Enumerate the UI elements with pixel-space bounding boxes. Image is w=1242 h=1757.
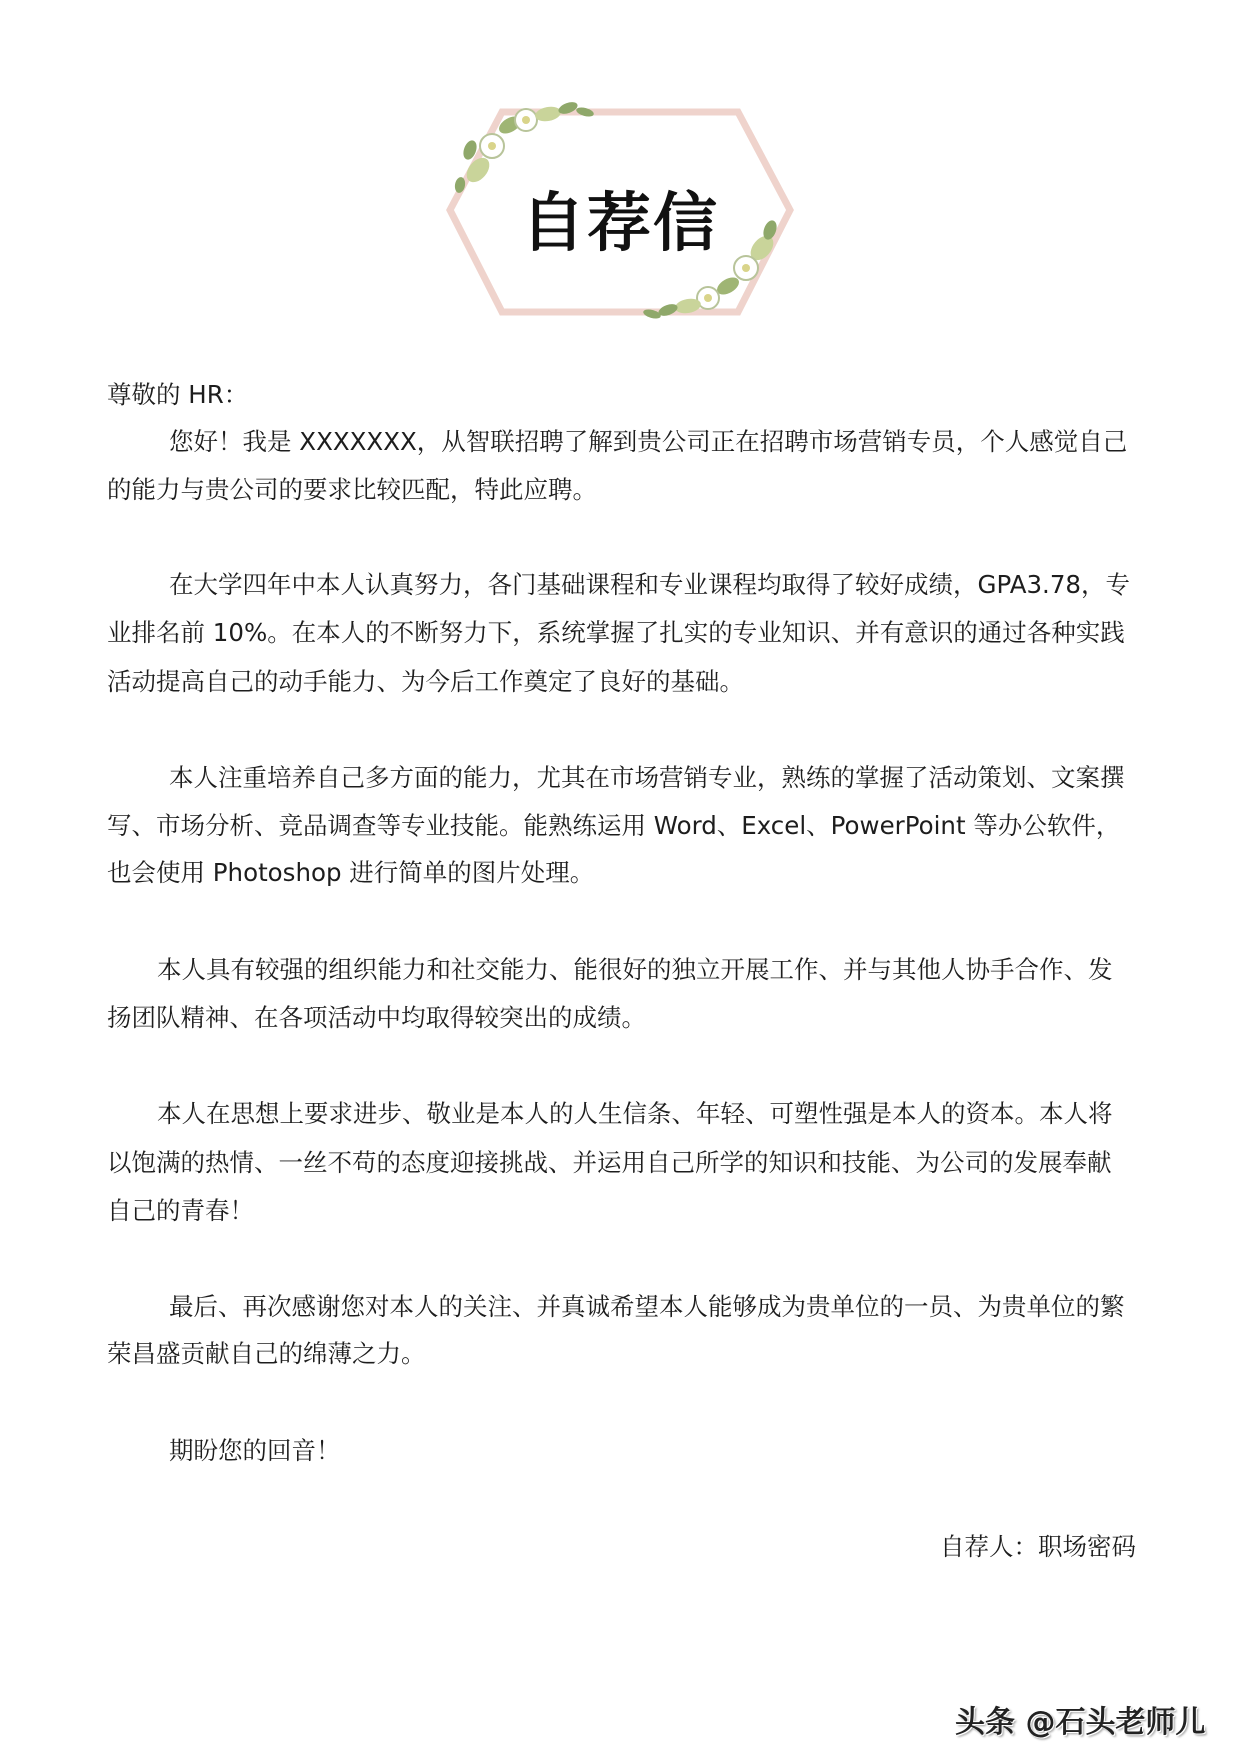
paragraph-line: 您好！我是 XXXXXXX，从智联招聘了解到贵公司正在招聘市场营销专员，个人感觉…: [169, 426, 1209, 458]
signature: 自荐人：职场密码: [940, 1531, 1136, 1563]
paragraph-line: 以饱满的热情、一丝不苟的态度迎接挑战、并运用自己所学的知识和技能、为公司的发展奉…: [107, 1147, 1147, 1179]
paragraph-line: 本人在思想上要求进步、敬业是本人的人生信条、年轻、可塑性强是本人的资本。本人将: [157, 1098, 1197, 1130]
paragraph-line: 扬团队精神、在各项活动中均取得较突出的成绩。: [107, 1002, 1147, 1034]
paragraph-line: 最后、再次感谢您对本人的关注、并真诚希望本人能够成为贵单位的一员、为贵单位的繁: [169, 1291, 1209, 1323]
watermark: 头条 @石头老师儿: [955, 1697, 1205, 1741]
paragraph-line: 写、市场分析、竞品调查等专业技能。能熟练运用 Word、Excel、PowerP…: [107, 810, 1147, 842]
paragraph-line: 的能力与贵公司的要求比较匹配，特此应聘。: [107, 474, 1147, 506]
closing-line: 期盼您的回音！: [169, 1435, 1209, 1467]
paragraph-line: 本人注重培养自己多方面的能力，尤其在市场营销专业，熟练的掌握了活动策划、文案撰: [169, 762, 1209, 794]
paragraph-line: 业排名前 10%。在本人的不断努力下，系统掌握了扎实的专业知识、并有意识的通过各…: [107, 617, 1147, 649]
paragraph-line: 在大学四年中本人认真努力，各门基础课程和专业课程均取得了较好成绩，GPA3.78…: [169, 569, 1209, 601]
paragraph-line: 自己的青春！: [107, 1195, 1147, 1227]
paragraph-line: 荣昌盛贡献自己的绵薄之力。: [107, 1338, 1147, 1370]
greeting: 尊敬的 HR：: [107, 379, 1147, 411]
page-title: 自荐信: [440, 172, 800, 264]
paragraph-line: 本人具有较强的组织能力和社交能力、能很好的独立开展工作、并与其他人协手合作、发: [157, 954, 1197, 986]
paragraph-line: 也会使用 Photoshop 进行简单的图片处理。: [107, 857, 1147, 889]
paragraph-line: 活动提高自己的动手能力、为今后工作奠定了良好的基础。: [107, 666, 1147, 698]
title-decoration: 自荐信: [440, 90, 800, 330]
